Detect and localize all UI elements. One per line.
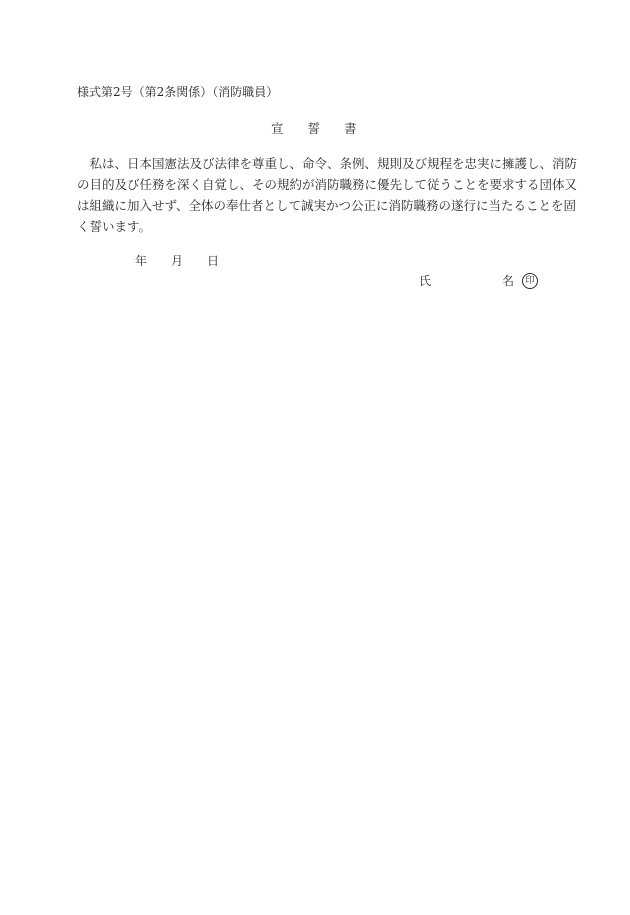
body-line: は組織に加入せず、全体の奉仕者として誠実かつ公正に消防職務の遂行に当たることを固 (77, 195, 557, 216)
surname-label: 氏 (419, 273, 431, 289)
name-label: 名 (502, 273, 514, 289)
body-line: の目的及び任務を深く自覚し、その規約が消防職務に優先して従うことを要求する団体又 (77, 174, 557, 195)
document-title: 宣誓書 (271, 121, 357, 137)
title-char: 宣 (271, 121, 284, 137)
title-char: 書 (344, 121, 357, 137)
oath-body: 私は、日本国憲法及び法律を尊重し、命令、条例、規則及び規程を忠実に擁護し、消防 … (77, 153, 557, 237)
form-label: 様式第2号（第2条関係）（消防職員） (77, 83, 278, 101)
seal-icon: 印 (522, 273, 538, 289)
date-field: 年月日 (135, 253, 219, 269)
year-label: 年 (135, 253, 147, 269)
body-line: く誓います。 (77, 216, 557, 237)
title-char: 誓 (308, 121, 321, 137)
signature-field: 氏名印 (419, 272, 538, 289)
body-line: 私は、日本国憲法及び法律を尊重し、命令、条例、規則及び規程を忠実に擁護し、消防 (77, 153, 557, 174)
month-label: 月 (171, 253, 183, 269)
document-page: 様式第2号（第2条関係）（消防職員） 宣誓書 私は、日本国憲法及び法律を尊重し、… (0, 0, 630, 915)
day-label: 日 (207, 253, 219, 269)
